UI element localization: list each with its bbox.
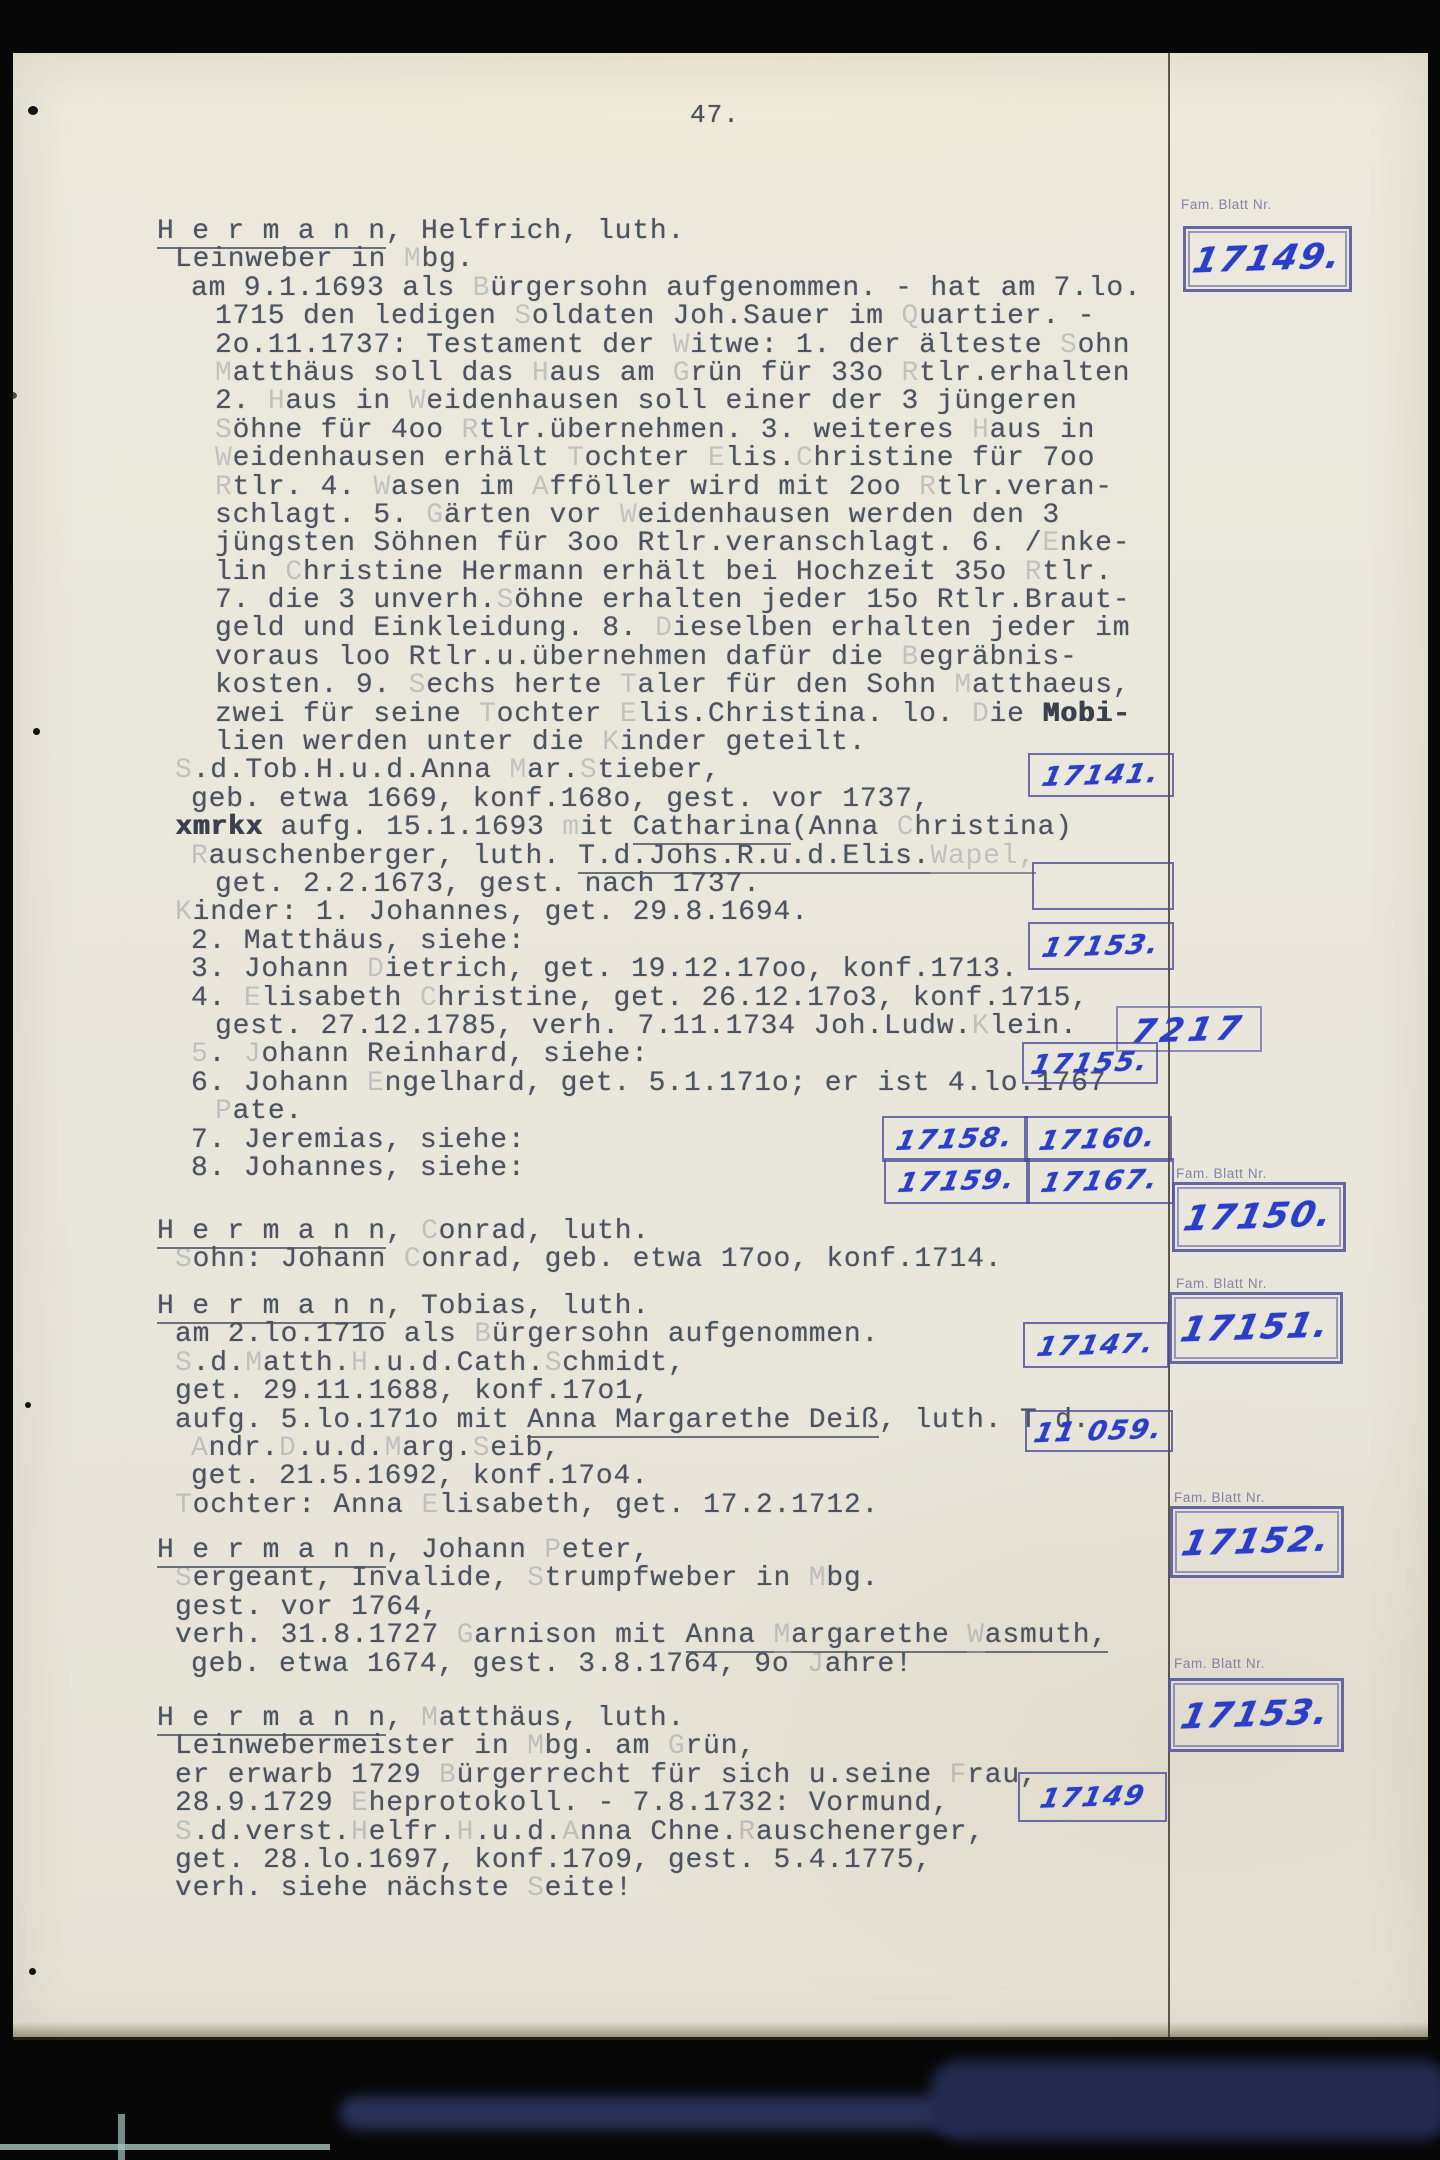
text-segment: aufg. 5.lo.171o mit: [175, 1405, 527, 1436]
text-segment: jüngsten Söhnen für 3oo Rtlr.veranschlag…: [215, 528, 1042, 559]
text-segment: hristine, get. 26.12.17o3, konf.1715,: [437, 983, 1088, 1014]
text-segment: it: [580, 812, 633, 843]
text-segment: tieber,: [598, 755, 721, 786]
text-segment: D: [972, 699, 990, 730]
text-line: geb. etwa 1674, gest. 3.8.1764, 9o Jahre…: [157, 1651, 1172, 1679]
text-segment: arg.: [402, 1433, 472, 1464]
text-segment: nke-: [1060, 528, 1130, 559]
text-segment: R: [919, 472, 937, 503]
text-segment: S: [545, 1348, 563, 1379]
text-line: 6. Johann Engelhard, get. 5.1.171o; er i…: [157, 1070, 1172, 1098]
handwritten-number: 17153.: [1039, 928, 1163, 963]
text-segment: M: [954, 670, 972, 701]
text-segment: M: [245, 1348, 263, 1379]
text-line: 7. die 3 unverh.Söhne erhalten jeder 15o…: [157, 587, 1172, 615]
text-line: 2. Matthäus, siehe:: [157, 928, 1172, 956]
text-segment: S: [1060, 330, 1078, 361]
fam-blatt-number-box: 17160.: [1024, 1116, 1172, 1162]
handwritten-number: 17152.: [1179, 1519, 1336, 1564]
text-line: 5. Johann Reinhard, siehe:: [157, 1041, 1172, 1069]
text-segment: eidenhausen soll einer der 3 jüngeren: [426, 386, 1077, 417]
text-segment: P: [544, 1535, 562, 1566]
text-segment: M: [421, 1703, 439, 1734]
text-line: Rauschenberger, luth. T.d.Johs.R.u.d.Eli…: [157, 843, 1172, 871]
text-segment: fföller wird mit 2oo: [549, 472, 919, 503]
text-segment: tlr.übernehmen. 3. weiteres: [479, 415, 972, 446]
text-line: H e r m a n n, Johann Peter,: [157, 1537, 1172, 1565]
text-segment: (Anna: [791, 812, 897, 843]
scan-smudge: [930, 2060, 1440, 2140]
text-segment: ate.: [233, 1096, 303, 1127]
text-segment: atth.: [263, 1348, 351, 1379]
text-segment: 3. Johann: [191, 954, 367, 985]
text-segment: , Johann: [386, 1535, 544, 1566]
text-segment: eite!: [545, 1873, 633, 1904]
text-segment: lin: [215, 557, 285, 588]
text-line: am 9.1.1693 als Bürgersohn aufgenommen. …: [157, 275, 1172, 303]
text-segment: ieselben erhalten jeder im: [673, 613, 1131, 644]
text-segment: S: [514, 301, 532, 332]
text-segment: H: [532, 358, 550, 389]
text-segment: asmuth,: [985, 1620, 1108, 1653]
text-segment: W: [673, 330, 691, 361]
text-segment: A: [191, 1433, 209, 1464]
text-segment: ochter: [497, 699, 620, 730]
text-segment: itwe: 1. der älteste: [690, 330, 1060, 361]
fam-blatt-number-box: 17147.: [1023, 1322, 1169, 1368]
text-line: verh. 31.8.1727 Garnison mit Anna Margar…: [157, 1622, 1172, 1650]
text-line: get. 2.2.1673, gest. nach 1737.: [157, 871, 1172, 899]
text-line: S.d.Tob.H.u.d.Anna Mar.Stieber,: [157, 757, 1172, 785]
text-line: get. 21.5.1692, konf.17o4.: [157, 1463, 1172, 1491]
text-segment: lisabeth: [261, 983, 419, 1014]
text-line: Leinweber in Mbg.: [157, 246, 1172, 274]
text-segment: rün,: [686, 1731, 756, 1762]
text-segment: R: [191, 841, 209, 872]
text-segment: ergeant, Invalide,: [193, 1563, 527, 1594]
text-segment: geb. etwa 1669, konf.168o, gest. vor 173…: [191, 784, 930, 815]
fam-blatt-number-box: 17153.: [1028, 922, 1174, 970]
text-segment: S: [527, 1873, 545, 1904]
text-segment: ürgersohn aufgenommen.: [492, 1319, 879, 1350]
text-segment: .u.d.: [474, 1817, 562, 1848]
entry-hermann-helfrich: H e r m a n n, Helfrich, luth.Leinweber …: [157, 218, 1172, 1183]
text-segment: W: [373, 472, 391, 503]
text-line: kosten. 9. Sechs herte Taler für den Soh…: [157, 672, 1172, 700]
text-segment: öhne für 4oo: [233, 415, 462, 446]
handwritten-number: 17149: [1037, 1780, 1148, 1815]
text-segment: K: [602, 727, 620, 758]
handwritten-number: 17167.: [1038, 1163, 1162, 1198]
text-segment: aus am: [549, 358, 672, 389]
handwritten-number: 17150.: [1181, 1194, 1338, 1239]
text-segment: kosten. 9.: [215, 670, 409, 701]
text-segment: am 9.1.1693 als: [191, 273, 473, 304]
text-segment: K: [972, 1011, 990, 1042]
text-segment: J: [244, 1039, 262, 1070]
handwritten-number: 17147.: [1034, 1327, 1158, 1362]
text-line: voraus loo Rtlr.u.übernehmen dafür die B…: [157, 644, 1172, 672]
text-segment: 6. Johann: [191, 1068, 367, 1099]
text-segment: am 2.lo.171o als: [175, 1319, 474, 1350]
text-line: aufg. 5.lo.171o mit Anna Margarethe Deiß…: [157, 1407, 1172, 1435]
handwritten-number: 17159.: [895, 1163, 1019, 1198]
text-segment: C: [897, 812, 915, 843]
text-segment: tlr. 4.: [233, 472, 374, 503]
text-segment: B: [474, 1319, 492, 1350]
text-segment: get. 2.2.1673, gest. nach 1737.: [215, 869, 761, 900]
text-segment: F: [950, 1760, 968, 1791]
text-segment: H: [457, 1817, 475, 1848]
text-segment: , Tobias, luth.: [386, 1291, 650, 1322]
scanner-line-vertical: [118, 2114, 125, 2160]
handwritten-number: 17153.: [1178, 1692, 1335, 1737]
ink-speck: [25, 1402, 31, 1408]
text-segment: W: [409, 386, 427, 417]
text-line: schlagt. 5. Gärten vor Weidenhausen werd…: [157, 502, 1172, 530]
text-segment: lis.Christina. lo.: [638, 699, 972, 730]
text-line: S.d.Matth.H.u.d.Cath.Schmidt,: [157, 1350, 1172, 1378]
text-segment: ie: [990, 699, 1043, 730]
text-segment: ochter: Anna: [193, 1490, 422, 1521]
text-line: get. 29.11.1688, konf.17o1,: [157, 1378, 1172, 1406]
text-segment: Leinwebermeister in: [175, 1731, 527, 1762]
text-segment: 28.9.1729: [175, 1788, 351, 1819]
text-segment: D: [279, 1433, 297, 1464]
text-segment: eter,: [562, 1535, 650, 1566]
text-segment: inder: 1. Johannes, get. 29.8.1694.: [193, 897, 809, 928]
text-segment: S: [527, 1563, 545, 1594]
text-segment: chmidt,: [562, 1348, 685, 1379]
entry-hermann-conrad: H e r m a n n, Conrad, luth.Sohn: Johann…: [157, 1218, 1172, 1275]
text-line: lien werden unter die Kinder geteilt.: [157, 729, 1172, 757]
text-segment: asen im: [391, 472, 532, 503]
text-segment: S: [215, 415, 233, 446]
text-line: H e r m a n n, Matthäus, luth.: [157, 1705, 1172, 1733]
text-segment: D: [367, 954, 385, 985]
text-segment: C: [421, 1216, 439, 1247]
text-segment: get. 29.11.1688, konf.17o1,: [175, 1376, 650, 1407]
text-segment: atthäus, luth.: [439, 1703, 685, 1734]
text-segment: Anna Margarethe Deiß: [527, 1405, 879, 1438]
text-segment: auschenerger,: [756, 1817, 985, 1848]
text-segment: R: [902, 358, 920, 389]
text-segment: aler für den Sohn: [638, 670, 955, 701]
text-segment: gest. 27.12.1785, verh. 7.11.1734 Joh.Lu…: [215, 1011, 972, 1042]
text-segment: echs herte: [426, 670, 620, 701]
text-segment: Wapel,: [930, 841, 1036, 874]
text-segment: Leinweber in: [175, 244, 404, 275]
text-segment: gest. vor 1764,: [175, 1592, 439, 1623]
text-segment: get. 21.5.1692, konf.17o4.: [191, 1461, 649, 1492]
text-line: lin Christine Hermann erhält bei Hochzei…: [157, 559, 1172, 587]
text-segment: B: [902, 642, 920, 673]
text-segment: G: [457, 1620, 475, 1651]
handwritten-number: 17149.: [1189, 236, 1346, 281]
text-segment: ürgersohn aufgenommen. - hat am 7.lo.: [490, 273, 1141, 304]
text-segment: .d.verst.: [193, 1817, 351, 1848]
text-segment: J: [807, 1649, 825, 1680]
text-line: Matthäus soll das Haus am Grün für 33o R…: [157, 360, 1172, 388]
ink-speck: [29, 1968, 36, 1975]
text-segment: heprotokoll. - 7.8.1732: Vormund,: [369, 1788, 950, 1819]
text-segment: atthäus soll das: [233, 358, 532, 389]
text-segment: 4.: [191, 983, 244, 1014]
text-segment: 2o.11.1737: Testament der: [215, 330, 673, 361]
fam-blatt-number-box: 17159.: [884, 1158, 1030, 1204]
text-segment: ndr.: [209, 1433, 279, 1464]
text-segment: M: [404, 244, 422, 275]
handwritten-number: 17151.: [1178, 1305, 1335, 1350]
text-segment: T: [567, 443, 585, 474]
text-segment: 2. Matthäus, siehe:: [191, 926, 525, 957]
handwritten-number: 17155.: [1028, 1045, 1152, 1080]
text-segment: m: [562, 812, 580, 843]
text-segment: C: [404, 1244, 422, 1275]
text-line: 2. Haus in Weidenhausen soll einer der 3…: [157, 388, 1172, 416]
text-segment: E: [1042, 528, 1060, 559]
fam-blatt-nr-label: Fam. Blatt Nr.: [1176, 1166, 1267, 1181]
text-segment: .: [209, 1039, 244, 1070]
text-segment: lis.: [726, 443, 796, 474]
text-segment: .u.d.: [297, 1433, 385, 1464]
text-segment: geld und Einkleidung. 8.: [215, 613, 655, 644]
text-segment: ietrich, get. 19.12.17oo, konf.1713.: [385, 954, 1019, 985]
text-segment: M: [527, 1731, 545, 1762]
ink-speck: [8, 392, 17, 399]
text-segment: S: [409, 670, 427, 701]
text-segment: S: [175, 755, 193, 786]
text-segment: C: [796, 443, 814, 474]
text-line: gest. 27.12.1785, verh. 7.11.1734 Joh.Lu…: [157, 1013, 1172, 1041]
fam-blatt-number-box: 17151.: [1169, 1292, 1343, 1364]
text-segment: H: [972, 415, 990, 446]
text-segment: ,: [386, 1703, 421, 1734]
text-line: H e r m a n n, Conrad, luth.: [157, 1218, 1172, 1246]
text-segment: arnison mit: [474, 1620, 685, 1651]
text-segment: C: [285, 557, 303, 588]
text-segment: zwei für seine: [215, 699, 479, 730]
text-segment: atthaeus,: [972, 670, 1130, 701]
text-segment: Mobi-: [1042, 699, 1130, 730]
text-segment: P: [215, 1096, 233, 1127]
fam-blatt-number-box: 17158.: [882, 1116, 1028, 1162]
text-segment: H: [351, 1348, 369, 1379]
text-segment: 7. Jeremias, siehe:: [191, 1125, 525, 1156]
text-line: get. 28.lo.1697, konf.17o9, gest. 5.4.17…: [157, 1847, 1172, 1875]
fam-blatt-number-box: 17155.: [1022, 1042, 1158, 1084]
text-segment: W: [620, 500, 638, 531]
entry-hermann-johann-peter: H e r m a n n, Johann Peter,Sergeant, In…: [157, 1537, 1172, 1679]
text-line: verh. siehe nächste Seite!: [157, 1875, 1172, 1903]
text-segment: M: [385, 1433, 403, 1464]
text-segment: W: [967, 1620, 985, 1653]
text-segment: R: [1025, 557, 1043, 588]
text-segment: trumpfweber in: [545, 1563, 809, 1594]
text-segment: bg.: [826, 1563, 879, 1594]
text-line: xmrkx aufg. 15.1.1693 mit Catharina(Anna…: [157, 814, 1172, 842]
entry-hermann-tobias: H e r m a n n, Tobias, luth.am 2.lo.171o…: [157, 1293, 1172, 1520]
text-segment: lisabeth, get. 17.2.1712.: [439, 1490, 879, 1521]
empty-number-box: [1032, 862, 1174, 910]
text-segment: ochter: [585, 443, 708, 474]
text-segment: aus in: [990, 415, 1096, 446]
text-line: geld und Einkleidung. 8. Dieselben erhal…: [157, 615, 1172, 643]
fam-blatt-number-box: 17167.: [1026, 1158, 1174, 1204]
text-segment: A: [532, 472, 550, 503]
text-segment: R: [461, 415, 479, 446]
text-segment: .d.Tob.H.u.d.Anna: [193, 755, 510, 786]
text-line: S.d.verst.Helfr.H.u.d.Anna Chne.Rauschen…: [157, 1819, 1172, 1847]
text-segment: ohn: [1078, 330, 1131, 361]
text-segment: S: [175, 1817, 193, 1848]
text-segment: bg. am: [545, 1731, 668, 1762]
text-segment: S: [497, 585, 515, 616]
text-segment: 7. die 3 unverh.: [215, 585, 497, 616]
text-segment: rün für 33o: [690, 358, 901, 389]
ink-speck: [33, 728, 40, 735]
text-segment: ,: [386, 1216, 421, 1247]
text-segment: öhne erhalten jeder 15o Rtlr.Braut-: [514, 585, 1130, 616]
text-line: Andr.D.u.d.Marg.Seib,: [157, 1435, 1172, 1463]
text-segment: onrad, geb. etwa 17oo, konf.1714.: [421, 1244, 1002, 1275]
text-segment: E: [244, 983, 262, 1014]
text-segment: onrad, luth.: [439, 1216, 650, 1247]
text-segment: ohann Reinhard, siehe:: [261, 1039, 648, 1070]
text-segment: xmrkx: [175, 812, 263, 843]
text-segment: hristine für 7oo: [814, 443, 1096, 474]
fam-blatt-number-box: 17153.: [1168, 1678, 1344, 1752]
handwritten-number: 17158.: [893, 1121, 1017, 1156]
text-line: 2o.11.1737: Testament der Witwe: 1. der …: [157, 332, 1172, 360]
scanner-line-horizontal: [0, 2144, 330, 2150]
text-segment: T: [479, 699, 497, 730]
text-line: geb. etwa 1669, konf.168o, gest. vor 173…: [157, 786, 1172, 814]
text-segment: S: [580, 755, 598, 786]
text-segment: hristina): [914, 812, 1072, 843]
text-segment: egräbnis-: [919, 642, 1077, 673]
fam-blatt-nr-label: Fam. Blatt Nr.: [1174, 1656, 1265, 1671]
text-segment: , Helfrich, luth.: [386, 216, 685, 247]
text-segment: tlr.: [1042, 557, 1112, 588]
text-segment: S: [175, 1244, 193, 1275]
text-segment: hristine Hermann erhält bei Hochzeit 35o: [303, 557, 1025, 588]
paper-edge-shadow: [13, 2022, 1428, 2040]
text-segment: aufg. 15.1.1693: [263, 812, 562, 843]
text-segment: 8. Johannes, siehe:: [191, 1153, 525, 1184]
text-segment: 1715 den ledigen: [215, 301, 514, 332]
fam-blatt-nr-label: Fam. Blatt Nr.: [1176, 1276, 1267, 1291]
text-line: Weidenhausen erhält Tochter Elis.Christi…: [157, 445, 1172, 473]
ink-speck: [28, 106, 38, 115]
text-segment: nna Chne.: [580, 1817, 738, 1848]
text-segment: eib,: [490, 1433, 560, 1464]
text-segment: uartier. -: [919, 301, 1095, 332]
text-line: 3. Johann Dietrich, get. 19.12.17oo, kon…: [157, 956, 1172, 984]
text-segment: E: [351, 1788, 369, 1819]
text-segment: lein.: [990, 1011, 1078, 1042]
text-segment: elfr.: [369, 1817, 457, 1848]
text-segment: D: [655, 613, 673, 644]
text-segment: geb. etwa 1674, gest. 3.8.1764, 9o: [191, 1649, 807, 1680]
text-segment: ohn: Johann: [193, 1244, 404, 1275]
text-segment: S: [175, 1563, 193, 1594]
text-segment: G: [673, 358, 691, 389]
text-segment: E: [367, 1068, 385, 1099]
text-line: zwei für seine Tochter Elis.Christina. l…: [157, 701, 1172, 729]
text-segment: voraus loo Rtlr.u.übernehmen dafür die: [215, 642, 902, 673]
text-segment: E: [708, 443, 726, 474]
text-segment: T: [175, 1490, 193, 1521]
fam-blatt-number-box: 17149.: [1183, 226, 1352, 292]
text-line: Söhne für 4oo Rtlr.übernehmen. 3. weiter…: [157, 417, 1172, 445]
fam-blatt-number-box: 17150.: [1172, 1182, 1346, 1252]
text-segment: S: [175, 1348, 193, 1379]
text-segment: T: [620, 670, 638, 701]
fam-blatt-nr-label: Fam. Blatt Nr.: [1181, 197, 1272, 212]
text-segment: ärten vor: [444, 500, 620, 531]
text-segment: H: [351, 1817, 369, 1848]
text-segment: W: [215, 443, 233, 474]
handwritten-number: 11 059.: [1031, 1413, 1166, 1448]
text-segment: Q: [902, 301, 920, 332]
text-segment: A: [562, 1817, 580, 1848]
text-segment: E: [620, 699, 638, 730]
text-segment: 2.: [215, 386, 268, 417]
text-segment: .d.: [193, 1348, 246, 1379]
text-segment: K: [175, 897, 193, 928]
text-segment: bg.: [421, 244, 474, 275]
text-segment: M: [215, 358, 233, 389]
fam-blatt-nr-label: Fam. Blatt Nr.: [1174, 1490, 1265, 1505]
fam-blatt-number-box: 11 059.: [1025, 1410, 1173, 1452]
text-segment: 5: [191, 1039, 209, 1070]
text-segment: G: [668, 1731, 686, 1762]
text-segment: get. 28.lo.1697, konf.17o9, gest. 5.4.17…: [175, 1845, 932, 1876]
text-line: H e r m a n n, Helfrich, luth.: [157, 218, 1172, 246]
text-segment: B: [439, 1760, 457, 1791]
text-segment: M: [809, 1563, 827, 1594]
text-line: 1715 den ledigen Soldaten Joh.Sauer im Q…: [157, 303, 1172, 331]
text-line: H e r m a n n, Tobias, luth.: [157, 1293, 1172, 1321]
text-segment: er erwarb 1729: [175, 1760, 439, 1791]
text-segment: .u.d.Cath.: [369, 1348, 545, 1379]
text-segment: M: [509, 755, 527, 786]
text-segment: E: [421, 1490, 439, 1521]
fam-blatt-number-box: 17149: [1018, 1772, 1167, 1822]
text-line: 4. Elisabeth Christine, get. 26.12.17o3,…: [157, 985, 1172, 1013]
fam-blatt-number-box: 17141.: [1028, 753, 1174, 797]
text-segment: R: [738, 1817, 756, 1848]
text-segment: S: [473, 1433, 491, 1464]
scanned-document-page: { "page": { "number": "47." }, "margin":…: [0, 0, 1440, 2160]
text-segment: C: [420, 983, 438, 1014]
text-line: Rtlr. 4. Wasen im Afföller wird mit 2oo …: [157, 474, 1172, 502]
text-segment: ahre!: [825, 1649, 913, 1680]
text-line: Leinwebermeister in Mbg. am Grün,: [157, 1733, 1172, 1761]
text-segment: eidenhausen werden den 3: [637, 500, 1059, 531]
text-segment: verh. siehe nächste: [175, 1873, 527, 1904]
text-segment: G: [426, 500, 444, 531]
text-segment: ürgerrecht für sich u.seine: [457, 1760, 950, 1791]
text-line: am 2.lo.171o als Bürgersohn aufgenommen.: [157, 1321, 1172, 1349]
text-segment: B: [473, 273, 491, 304]
text-segment: tlr.veran-: [937, 472, 1113, 503]
text-line: jüngsten Söhnen für 3oo Rtlr.veranschlag…: [157, 530, 1172, 558]
text-segment: schlagt. 5.: [215, 500, 426, 531]
fam-blatt-number-box: 17152.: [1170, 1506, 1344, 1578]
text-line: Sohn: Johann Conrad, geb. etwa 17oo, kon…: [157, 1246, 1172, 1274]
